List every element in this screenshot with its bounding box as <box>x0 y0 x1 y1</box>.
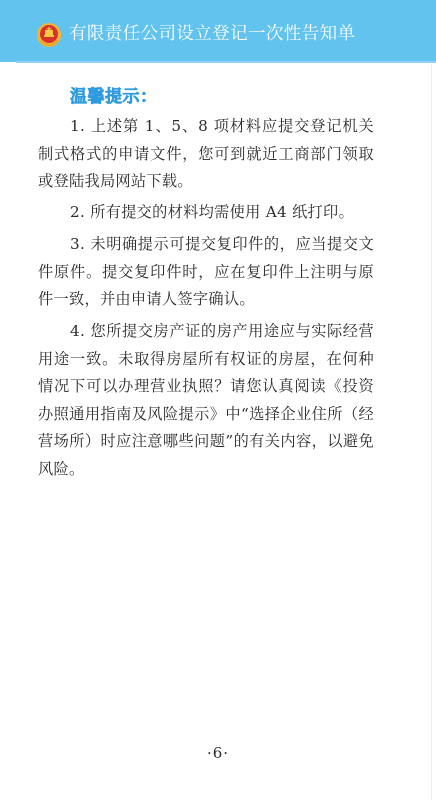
tip-item-4: 4. 您所提交房产证的房产用途应与实际经营用途一致。未取得房屋所有权证的房屋，在… <box>38 318 374 483</box>
tips-heading: 温馨提示： <box>70 86 158 108</box>
tip-item-2: 2. 所有提交的材料均需使用 A4 纸打印。 <box>38 199 374 227</box>
page-number: ·6· <box>0 744 436 762</box>
tip-item-3: 3. 未明确提示可提交复印件的，应当提交文件原件。提交复印件时，应在复印件上注明… <box>38 231 374 314</box>
header-divider <box>16 61 436 63</box>
page-edge-rule <box>431 64 432 800</box>
document-header: 有限责任公司设立登记一次性告知单 <box>0 0 436 62</box>
document-title: 有限责任公司设立登记一次性告知单 <box>69 21 355 47</box>
national-emblem-icon <box>36 22 62 48</box>
tip-item-1: 1. 上述第 1、5、8 项材料应提交登记机关制式格式的申请文件，您可到就近工商… <box>38 113 374 196</box>
